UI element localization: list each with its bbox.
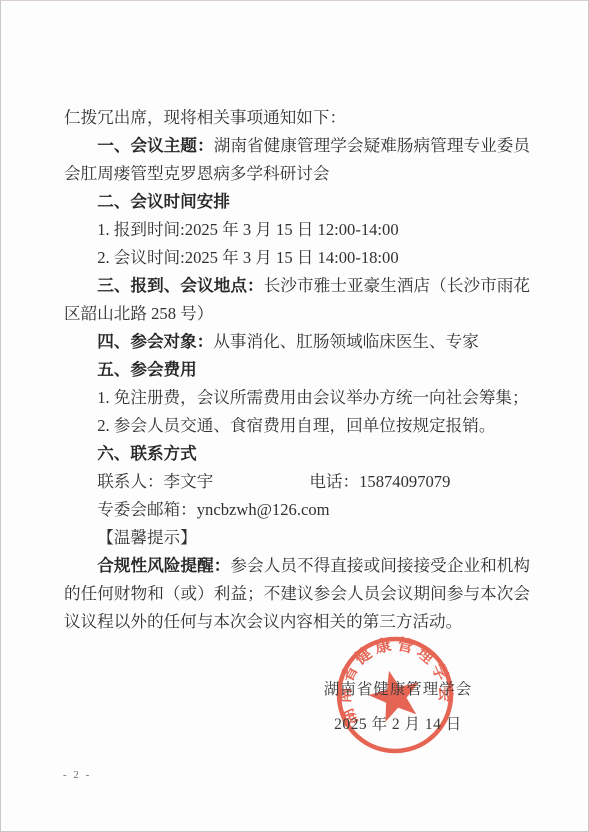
text-run: 2. 参会人员交通、食宿费用自理，回单位按规定报销。 xyxy=(97,416,495,435)
paragraph-checkin-time: 1. 报到时间:2025 年 3 月 15 日 12:00-14:00 xyxy=(64,216,530,244)
text-run: 2. 会议时间:2025 年 3 月 15 日 14:00-18:00 xyxy=(97,248,398,267)
heading-attendees: 四、参会对象： xyxy=(97,332,213,351)
bold-run: 六、联系方式 xyxy=(97,444,197,463)
heading-compliance: 合规性风险提醒： xyxy=(97,556,230,575)
signature-block: 湖南省健康管理学会 2025 年 2 月 14 日 xyxy=(323,677,473,734)
text-run: 1. 报到时间:2025 年 3 月 15 日 12:00-14:00 xyxy=(97,220,398,239)
bold-run: 二、会议时间安排 xyxy=(97,192,230,211)
text-run: 【温馨提示】 xyxy=(97,528,197,547)
signature-date: 2025 年 2 月 14 日 xyxy=(323,712,473,734)
paragraph-topic: 一、会议主题：湖南省健康管理学会疑难肠病管理专业委员会肛周瘘管型克罗恩病多学科研… xyxy=(64,132,530,188)
contact-row: 联系人：李文宇电话：15874097079 xyxy=(64,468,530,496)
heading-fees: 五、参会费用 xyxy=(64,356,530,384)
contact-phone: 电话：15874097079 xyxy=(309,472,450,491)
paragraph-intro: 仁拨冗出席，现将相关事项通知如下： xyxy=(64,104,530,132)
bold-run: 五、参会费用 xyxy=(97,360,197,379)
paragraph-compliance: 合规性风险提醒：参会人员不得直接或间接接受企业和机构的任何财物和（或）利益；不建… xyxy=(64,552,530,636)
paragraph-location: 三、报到、会议地点：长沙市雅士亚豪生酒店（长沙市雨花区韶山北路 258 号） xyxy=(64,272,530,328)
text-run: 仁拨冗出席，现将相关事项通知如下： xyxy=(64,108,346,127)
text-run: 从事消化、肛肠领域临床医生、专家 xyxy=(213,332,479,351)
heading-schedule: 二、会议时间安排 xyxy=(64,188,530,216)
text-run: 专委会邮箱：yncbzwh@126.com xyxy=(97,500,329,519)
paragraph-fee-2: 2. 参会人员交通、食宿费用自理，回单位按规定报销。 xyxy=(64,412,530,440)
signature-organization: 湖南省健康管理学会 xyxy=(323,677,473,699)
text-run: 1. 免注册费，会议所需费用由会议举办方统一向社会筹集； xyxy=(97,388,528,407)
paragraph-attendees: 四、参会对象：从事消化、肛肠领域临床医生、专家 xyxy=(64,328,530,356)
paragraph-meeting-time: 2. 会议时间:2025 年 3 月 15 日 14:00-18:00 xyxy=(64,244,530,272)
heading-contact: 六、联系方式 xyxy=(64,440,530,468)
contact-person: 联系人：李文宇 xyxy=(97,472,213,491)
contact-email: 专委会邮箱：yncbzwh@126.com xyxy=(64,496,530,524)
notice-body: 仁拨冗出席，现将相关事项通知如下： 一、会议主题：湖南省健康管理学会疑难肠病管理… xyxy=(64,104,530,636)
warm-tips-label: 【温馨提示】 xyxy=(64,524,530,552)
heading-topic: 一、会议主题： xyxy=(97,136,214,155)
paragraph-fee-1: 1. 免注册费，会议所需费用由会议举办方统一向社会筹集； xyxy=(64,384,530,412)
page-number: - 2 - xyxy=(63,769,91,781)
heading-location: 三、报到、会议地点： xyxy=(97,276,264,295)
document-page: 仁拨冗出席，现将相关事项通知如下： 一、会议主题：湖南省健康管理学会疑难肠病管理… xyxy=(0,0,589,832)
